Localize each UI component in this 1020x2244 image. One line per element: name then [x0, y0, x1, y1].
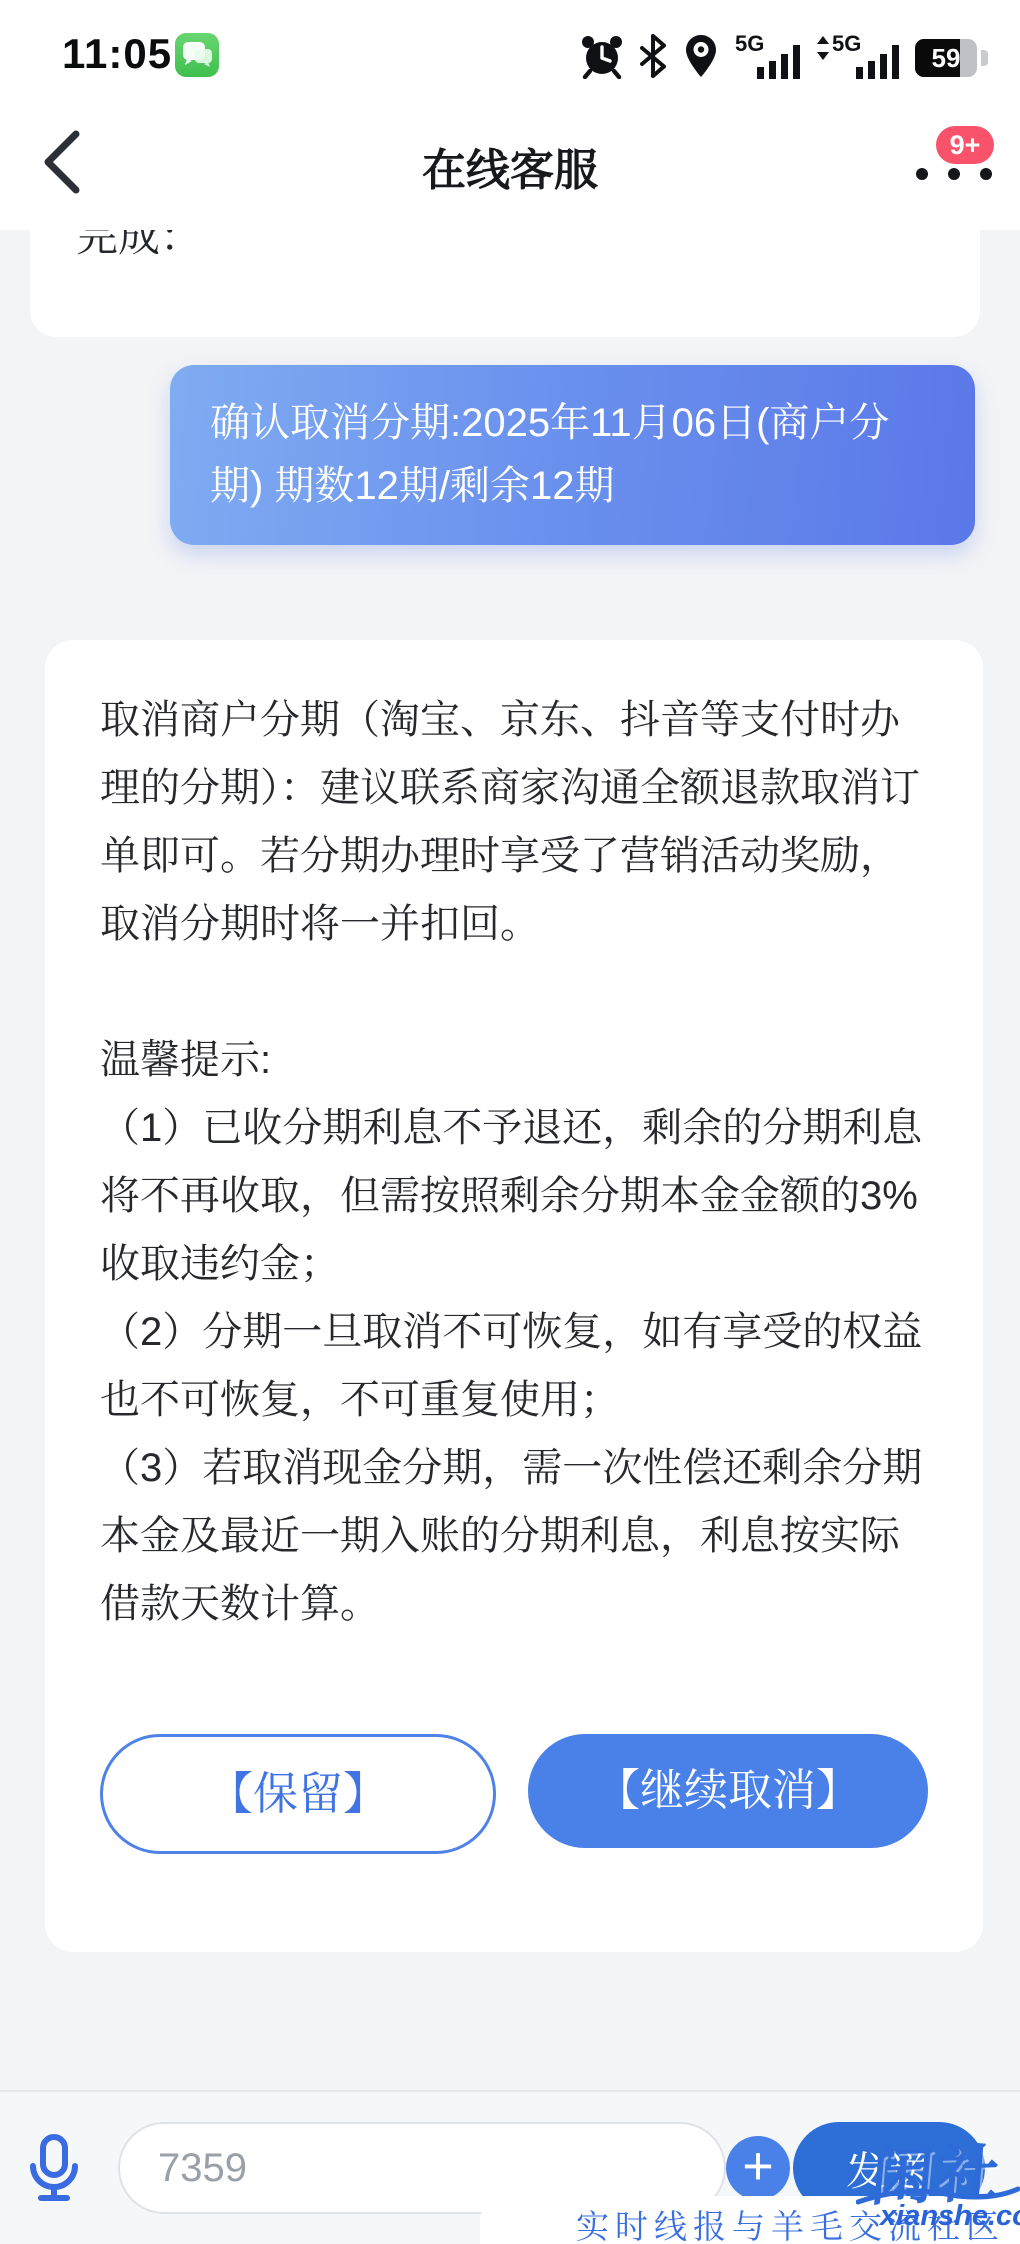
- tips-title: 温馨提示:: [100, 1026, 928, 1094]
- message-input-value: 7359: [158, 2146, 247, 2191]
- more-menu-button[interactable]: [916, 168, 992, 180]
- card-paragraph: 取消商户分期（淘宝、京东、抖音等支付时办理的分期）：建议联系商家沟通全额退款取消…: [100, 686, 928, 958]
- spacer: [100, 958, 928, 1026]
- clipped-message-text: 完成：: [76, 230, 934, 266]
- attach-plus-button[interactable]: +: [726, 2136, 790, 2200]
- tip-item: （1）已收分期利息不予退还，剩余的分期利息将不再收取，但需按照剩余分期本金金额的…: [100, 1094, 928, 1298]
- service-message-card: 取消商户分期（淘宝、京东、抖音等支付时办理的分期）：建议联系商家沟通全额退款取消…: [45, 640, 983, 1952]
- signal-secondary: 5G: [816, 34, 900, 82]
- plus-icon: +: [742, 2138, 774, 2194]
- battery-percent: 59: [915, 39, 977, 77]
- microphone-button[interactable]: [28, 2134, 80, 2211]
- location-icon: [682, 33, 720, 84]
- keep-installment-button[interactable]: 【保留】: [100, 1734, 496, 1854]
- page-title: 在线客服: [0, 134, 1020, 198]
- status-time: 11:05: [62, 30, 172, 78]
- alarm-icon: [580, 33, 624, 84]
- tip-item: （3）若取消现金分期，需一次性偿还剩余分期本金及最近一期入账的分期利息，利息按实…: [100, 1434, 928, 1638]
- updown-arrows-icon: [816, 36, 830, 60]
- continue-cancel-button[interactable]: 【继续取消】: [528, 1734, 928, 1848]
- tip-item: （2）分期一旦取消不可恢复，如有享受的权益也不可恢复，不可重复使用；: [100, 1298, 928, 1434]
- card-button-row: 【保留】 【继续取消】: [100, 1734, 928, 1854]
- unread-badge: 9+: [936, 126, 994, 164]
- signal-bars-icon: [856, 45, 900, 79]
- dot: [916, 168, 928, 180]
- dot: [980, 168, 992, 180]
- battery-nub: [981, 50, 988, 66]
- signal-bars-icon: [757, 45, 801, 79]
- messages-app-icon: [174, 32, 220, 83]
- watermark-domain: xianshe.com: [880, 2200, 1020, 2233]
- clipped-message-bubble: 完成：: [30, 230, 980, 337]
- signal-primary: 5G: [735, 34, 801, 82]
- status-icons: 5G 5G 59: [580, 34, 988, 82]
- user-message-bubble: 确认取消分期:2025年11月06日(商户分期) 期数12期/剩余12期: [170, 365, 975, 545]
- dot: [948, 168, 960, 180]
- bluetooth-icon: [639, 33, 667, 84]
- microphone-icon: [28, 2134, 80, 2206]
- battery-icon: 59: [915, 39, 977, 77]
